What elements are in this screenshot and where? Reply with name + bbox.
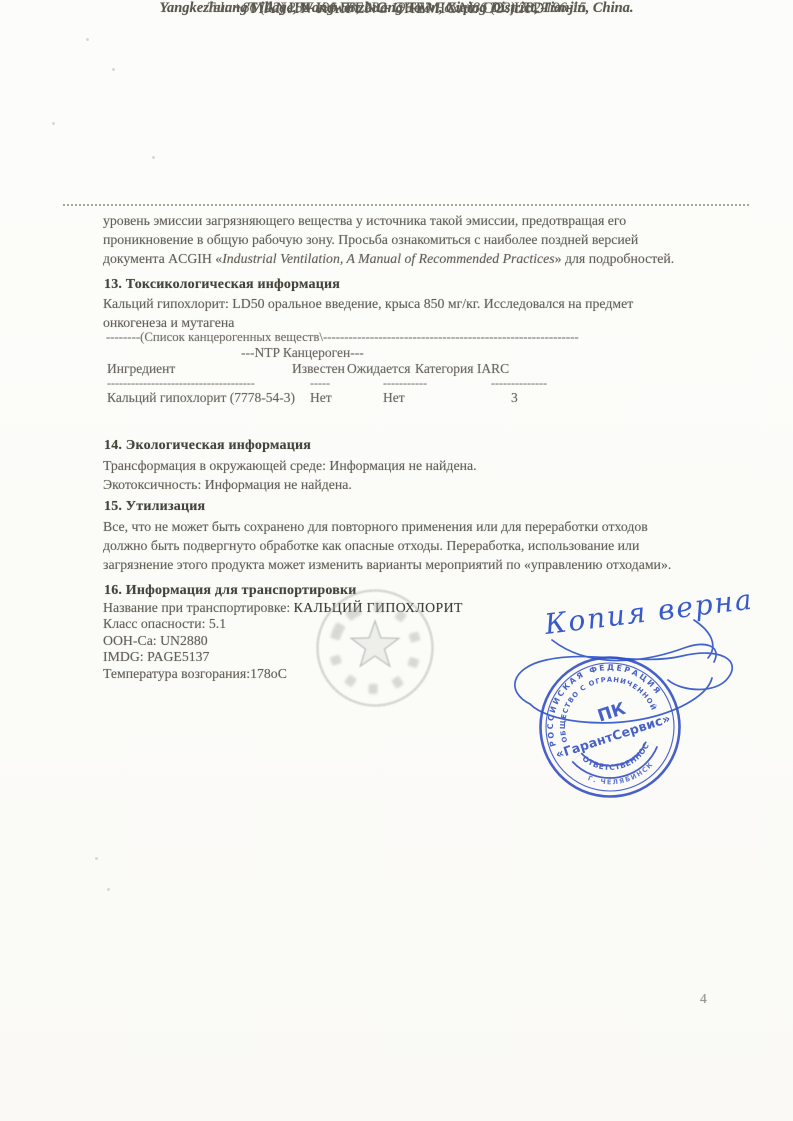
dash-cell: -------------- bbox=[451, 376, 661, 391]
disposal-line: Все, что не может быть сохранено для пов… bbox=[103, 517, 671, 536]
col-header-ingredient: Ингредиент bbox=[101, 361, 292, 377]
section13-body: Кальций гипохлорит: LD50 оральное введен… bbox=[103, 295, 633, 332]
carcinogen-table-divider-row: ------------------------------------- --… bbox=[101, 376, 661, 391]
cell-iarc-category: 3 bbox=[451, 390, 681, 406]
scanned-document-page: TIANJIN KAIFENG CHEMICAL CO.,LTD Yangkez… bbox=[0, 0, 793, 1121]
paragraph-line: документа ACGIH «Industrial Ventilation,… bbox=[103, 249, 674, 268]
acgih-doc-title: Industrial Ventilation, A Manual of Reco… bbox=[222, 251, 554, 266]
carcinogen-list-header: --------(Список канцерогенных веществ\--… bbox=[106, 330, 579, 345]
dash-cell: ----- bbox=[292, 376, 365, 391]
ntp-carcinogen-label: ---NTP Канцероген--- bbox=[241, 345, 364, 361]
section15-body: Все, что не может быть сохранено для пов… bbox=[103, 517, 671, 574]
certification-handwriting: Копия верна bbox=[470, 580, 790, 770]
copy-is-true-handwriting: Копия верна bbox=[542, 583, 755, 641]
scan-speck bbox=[107, 888, 110, 891]
scan-speck bbox=[112, 68, 115, 71]
disposal-line: должно быть подвергнуто обработке как оп… bbox=[103, 536, 671, 555]
scan-speck bbox=[152, 156, 155, 159]
cell-ingredient: Кальций гипохлорит (7778-54-3) bbox=[101, 390, 292, 406]
paragraph-line: уровень эмиссии загрязняющего вещества у… bbox=[103, 211, 674, 230]
dash-cell: ------------------------------------- bbox=[101, 376, 292, 391]
eco-line: Трансформация в окружающей среде: Информ… bbox=[103, 456, 477, 475]
section13-title: 13. Токсикологическая информация bbox=[104, 277, 340, 293]
section14-body: Трансформация в окружающей среде: Информ… bbox=[103, 456, 477, 494]
page-number: 4 bbox=[700, 991, 707, 1007]
cell-anticipated: Нет bbox=[365, 390, 451, 406]
scan-speck bbox=[95, 857, 98, 860]
section14-title: 14. Экологическая информация bbox=[104, 438, 311, 454]
ventilation-paragraph: уровень эмиссии загрязняющего вещества у… bbox=[103, 211, 674, 268]
disposal-line: загрязнение этого продукта может изменит… bbox=[103, 555, 671, 574]
company-contacts: Tel: +86 (22) 282-196-58; 282-196-13 Fax… bbox=[0, 0, 793, 17]
eco-line: Экотоксичность: Информация не найдена. bbox=[103, 475, 477, 494]
cell-known: Нет bbox=[292, 390, 365, 406]
carcinogen-table-row: Кальций гипохлорит (7778-54-3) Нет Нет 3 bbox=[101, 390, 681, 406]
acgih-suffix: » для подробностей. bbox=[555, 251, 675, 266]
acgih-prefix: документа ACGIH « bbox=[103, 251, 222, 266]
dash-cell: ----------- bbox=[365, 376, 451, 391]
scan-speck bbox=[52, 122, 55, 125]
tox-line: Кальций гипохлорит: LD50 оральное введен… bbox=[103, 295, 633, 314]
star-icon bbox=[351, 621, 399, 666]
carcinogen-table-header-row: Ингредиент Известен Ожидается Категория … bbox=[101, 361, 585, 377]
col-header-iarc-category: Категория IARC bbox=[415, 361, 585, 377]
paragraph-line: проникновение в общую рабочую зону. Прос… bbox=[103, 230, 674, 249]
col-header-known: Известен bbox=[292, 361, 347, 377]
header-divider bbox=[63, 204, 749, 206]
scan-speck bbox=[86, 38, 89, 41]
section15-title: 15. Утилизация bbox=[104, 499, 205, 515]
col-header-anticipated: Ожидается bbox=[347, 361, 415, 377]
transport-label: Название при транспортировке: bbox=[103, 600, 294, 615]
faint-star-seal-stamp bbox=[310, 583, 440, 713]
